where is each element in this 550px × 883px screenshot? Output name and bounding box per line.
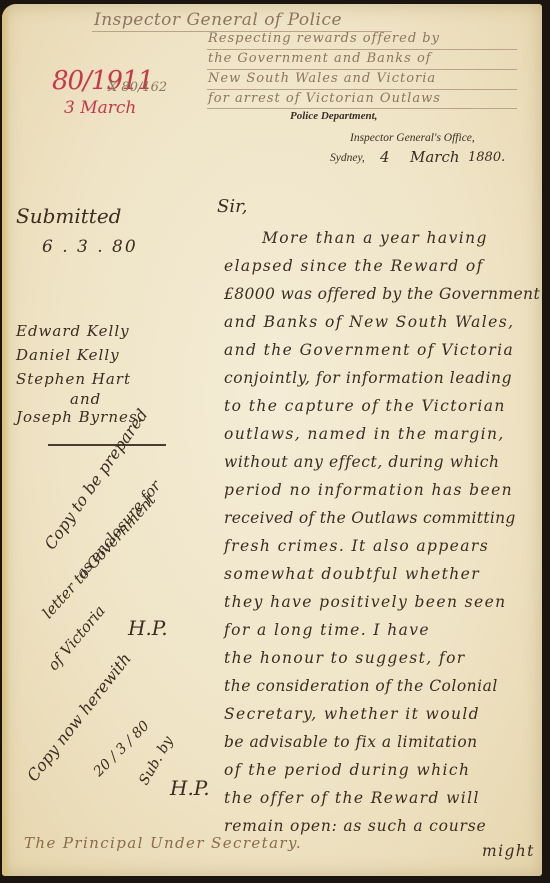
outlaw-name-2: Daniel Kelly xyxy=(16,346,120,364)
submitted-date: 6 . 3 . 80 xyxy=(42,237,138,257)
outlaw-and: and xyxy=(70,390,101,408)
body-line: period no information has been xyxy=(224,481,513,499)
body-line: outlaws, named in the margin, xyxy=(224,425,505,443)
body-line: the consideration of the Colonial xyxy=(224,677,498,695)
letter-date-month: March xyxy=(410,148,460,166)
body-line: remain open: as such a course xyxy=(224,817,487,835)
subject-line-3: New South Wales and Victoria xyxy=(208,71,436,86)
body-line: conjointly, for information leading xyxy=(224,369,512,387)
body-line: the offer of the Reward will xyxy=(224,789,480,807)
salutation: Sir, xyxy=(217,196,247,217)
body-line: be advisable to fix a limitation xyxy=(224,733,478,751)
letter-date-year: 1880. xyxy=(468,150,505,165)
letterhead-office: Inspector General's Office, xyxy=(350,132,475,144)
annotation-initials-1: H.P. xyxy=(128,616,168,640)
document-page: Inspector General of Police Respecting r… xyxy=(2,4,542,876)
body-line: of the period during which xyxy=(224,761,470,779)
letterhead-department: Police Department, xyxy=(290,110,377,122)
addressee: The Principal Under Secretary. xyxy=(24,834,302,852)
subject-rule-3 xyxy=(207,89,517,90)
annotation-copy-line-1: Copy to be prepared xyxy=(40,406,151,553)
body-line: to the capture of the Victorian xyxy=(224,397,506,415)
body-line: and the Government of Victoria xyxy=(224,341,514,359)
body-line-continuation: might xyxy=(482,842,535,860)
annotation-copy-now-line: Copy now herewith xyxy=(23,649,135,785)
letter-date-day: 4 xyxy=(380,148,390,166)
registry-date: 3 March xyxy=(64,98,136,118)
submitted-label: Submitted xyxy=(16,204,121,228)
body-line: for a long time. I have xyxy=(224,621,430,639)
annotation-copy-line-3: letter to Government xyxy=(39,491,160,622)
annotation-initials-2: H.P. xyxy=(170,776,210,800)
body-line: received of the Outlaws committing xyxy=(224,509,516,527)
body-line: somewhat doubtful whether xyxy=(224,565,480,583)
outlaw-name-3: Stephen Hart xyxy=(16,370,131,388)
subject-line-2: the Government and Banks of xyxy=(208,51,432,66)
subject-rule-4 xyxy=(207,108,517,109)
letterhead-place: Sydney, xyxy=(330,152,365,164)
body-line: £8000 was offered by the Government xyxy=(224,285,540,303)
body-line: without any effect, during which xyxy=(224,453,500,471)
body-line: More than a year having xyxy=(262,229,488,247)
docket-title: Inspector General of Police xyxy=(94,10,342,30)
subject-line-4: for arrest of Victorian Outlaws xyxy=(208,91,441,106)
paper-edge-stain xyxy=(2,4,10,876)
outlaw-name-1: Edward Kelly xyxy=(16,322,130,340)
body-line: they have positively been seen xyxy=(224,593,507,611)
subject-rule-1 xyxy=(207,49,517,50)
body-line: the honour to suggest, for xyxy=(224,649,466,667)
body-line: elapsed since the Reward of xyxy=(224,257,484,275)
body-line: Secretary, whether it would xyxy=(224,705,480,723)
subject-rule-2 xyxy=(207,69,517,70)
registry-secondary: X 80/162 xyxy=(108,80,167,95)
subject-line-1: Respecting rewards offered by xyxy=(208,31,440,46)
body-line: and Banks of New South Wales, xyxy=(224,313,514,331)
body-line: fresh crimes. It also appears xyxy=(224,537,489,555)
